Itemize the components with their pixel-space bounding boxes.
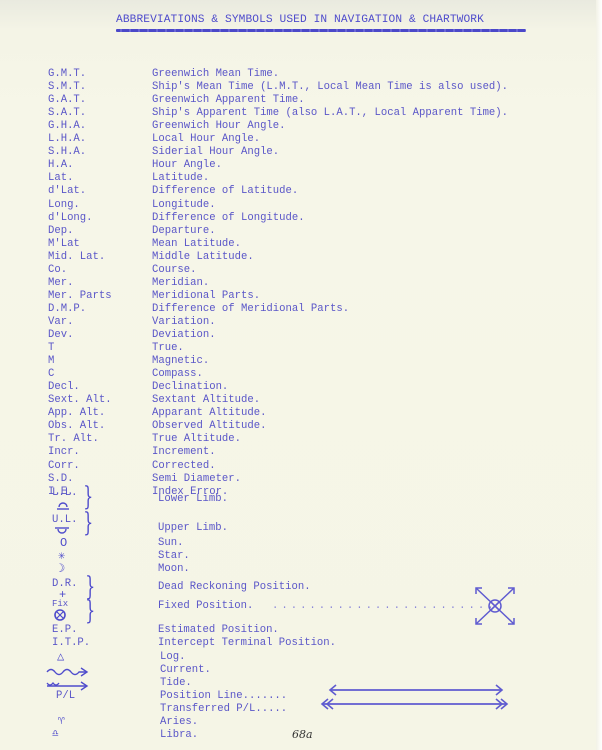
meaning: Intercept Terminal Position. (158, 637, 336, 650)
log-triangle-icon: △ (57, 651, 64, 664)
meaning: True. (152, 342, 184, 355)
abbr: d'Long. (48, 212, 93, 225)
abbr: Incr. (48, 446, 80, 459)
abbr: M'Lat (48, 238, 80, 251)
brace: } (83, 484, 93, 510)
meaning: Ship's Apparent Time (also L.A.T., Local… (152, 107, 508, 120)
transferred-position-line-arrow-icon (320, 697, 512, 711)
meaning: Meridional Parts. (152, 290, 260, 303)
abbr: Long. (48, 199, 80, 212)
meaning: Deviation. (152, 329, 216, 342)
meaning: Lower Limb. (158, 493, 228, 506)
abbr: Obs. Alt. (48, 420, 105, 433)
document-title: ABBREVIATIONS & SYMBOLS USED IN NAVIGATI… (116, 14, 528, 26)
page-number: 68a (292, 728, 313, 741)
abbr: Sext. Alt. (48, 394, 112, 407)
fix-circle-icon (53, 608, 67, 622)
meaning: Variation. (152, 316, 216, 329)
abbr: G.H.A. (48, 120, 86, 133)
leader-dots: ........................ (272, 600, 497, 613)
meaning: Compass. (152, 368, 203, 381)
abbr: C (48, 368, 54, 381)
lower-limb-icon (56, 500, 72, 512)
meaning: Greenwich Apparent Time. (152, 94, 305, 107)
libra-icon: ♎ (52, 729, 59, 742)
brace: } (85, 598, 95, 624)
abbr: Mer. (48, 277, 73, 290)
meaning: Longitude. (152, 199, 216, 212)
abbr: M (48, 355, 54, 368)
meaning: Mean Latitude. (152, 238, 241, 251)
meaning: Star. (158, 550, 190, 563)
title-underline (116, 29, 526, 32)
meaning: Hour Angle. (152, 159, 222, 172)
abbr: Lat. (48, 172, 73, 185)
meaning: Observed Altitude. (152, 420, 266, 433)
fix-position-diagram-icon (470, 582, 520, 632)
meaning: Aries. (160, 716, 198, 729)
abbr: L.L. (52, 487, 77, 500)
meaning: Difference of Latitude. (152, 185, 298, 198)
meaning: Apparant Altitude. (152, 407, 266, 420)
abbr: Mer. Parts (48, 290, 112, 303)
meaning: Local Hour Angle. (152, 133, 260, 146)
meaning: Semi Diameter. (152, 473, 241, 486)
abbr: S.D. (48, 473, 73, 486)
meaning: Course. (152, 264, 197, 277)
meaning: Difference of Longitude. (152, 212, 305, 225)
meaning: Departure. (152, 225, 216, 238)
abbr: d'Lat. (48, 185, 86, 198)
page-edge (596, 0, 602, 750)
abbr: T (48, 342, 54, 355)
meaning: Estimated Position. (158, 624, 279, 637)
abbr: E.P. (52, 624, 77, 637)
meaning: Moon. (158, 563, 190, 576)
abbr: D.M.P. (48, 303, 86, 316)
abbr: S.H.A. (48, 146, 86, 159)
abbr: Corr. (48, 460, 80, 473)
aries-icon: ♈ (58, 716, 65, 729)
meaning: Magnetic. (152, 355, 209, 368)
meaning: Middle Latitude. (152, 251, 254, 264)
abbr: Dep. (48, 225, 73, 238)
meaning: Log. (160, 651, 185, 664)
meaning: Sun. (158, 537, 183, 550)
abbr: Mid. Lat. (48, 251, 105, 264)
meaning: Transferred P/L..... (160, 703, 287, 716)
abbr: S.A.T. (48, 107, 86, 120)
abbr: G.M.T. (48, 68, 86, 81)
meaning: Upper Limb. (158, 522, 228, 535)
meaning: Meridian. (152, 277, 209, 290)
abbr: S.M.T. (48, 81, 86, 94)
meaning: Difference of Meridional Parts. (152, 303, 349, 316)
brace: } (83, 510, 93, 536)
meaning: Greenwich Hour Angle. (152, 120, 286, 133)
meaning: Corrected. (152, 460, 216, 473)
current-wavy-arrow-icon (46, 666, 92, 678)
meaning: Sextant Altitude. (152, 394, 260, 407)
meaning: Declination. (152, 381, 228, 394)
abbr: H.A. (48, 159, 73, 172)
abbr: G.A.T. (48, 94, 86, 107)
abbr: Var. (48, 316, 73, 329)
meaning: Ship's Mean Time (L.M.T., Local Mean Tim… (152, 81, 508, 94)
abbr: Tr. Alt. (48, 433, 99, 446)
meaning: True Altitude. (152, 433, 241, 446)
position-line-arrow-icon (328, 684, 506, 696)
meaning: Latitude. (152, 172, 209, 185)
meaning: Greenwich Mean Time. (152, 68, 279, 81)
meaning: Current. (160, 664, 211, 677)
meaning: Fixed Position. (158, 600, 253, 613)
meaning: Tide. (160, 677, 192, 690)
abbr: Dev. (48, 329, 73, 342)
abbr: Co. (48, 264, 67, 277)
meaning: Libra. (160, 729, 198, 742)
moon-icon: ☽ (58, 563, 65, 576)
abbr: P/L (56, 690, 75, 703)
abbr: L.H.A. (48, 133, 86, 146)
abbr: App. Alt. (48, 407, 105, 420)
meaning: Increment. (152, 446, 216, 459)
abbr: Decl. (48, 381, 80, 394)
abbr: I.T.P. (52, 637, 90, 650)
meaning: Dead Reckoning Position. (158, 581, 311, 594)
meaning: Siderial Hour Angle. (152, 146, 279, 159)
meaning: Position Line....... (160, 690, 287, 703)
